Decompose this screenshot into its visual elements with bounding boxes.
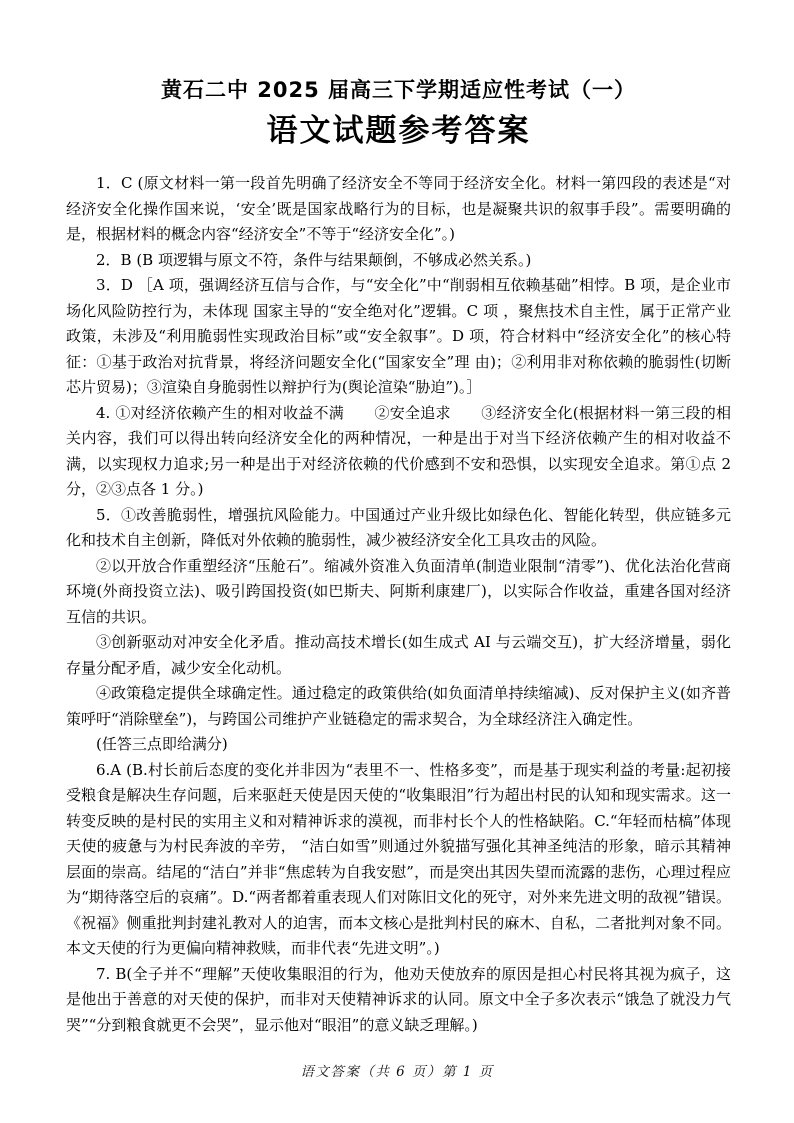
answer-paragraph-q5-point4: ④政策稳定提供全球确定性。通过稳定的政策供给(如负面清单持续缩减)、反对保护主义… <box>66 681 731 732</box>
answer-paragraph-q4: 4. ①对经济依赖产生的相对收益不满 ②安全追求 ③经济安全化(根据材料一第三段… <box>66 401 731 503</box>
answer-paragraph-q5-point3: ③创新驱动对冲安全化矛盾。推动高技术增长(如生成式 AI 与云端交互)，扩大经济… <box>66 630 731 681</box>
answer-sheet-title: 语文试题参考答案 <box>66 114 731 148</box>
answer-paragraph-q5-scoring-note: (任答三点即给满分) <box>66 732 731 758</box>
answer-paragraph-q6: 6.A (B.村长前后态度的变化并非因为“表里不一、性格多变”，而是基于现实利益… <box>66 758 731 962</box>
answer-paragraph-q5-point2: ②以开放合作重塑经济“压舱石”。缩减外资准入负面清单(制造业限制“清零”)、优化… <box>66 554 731 631</box>
answer-paragraph-q5-point1: 5．①改善脆弱性，增强抗风险能力。中国通过产业升级比如绿色化、智能化转型，供应链… <box>66 503 731 554</box>
exam-title: 黄石二中 2025 届高三下学期适应性考试（一） <box>66 80 731 101</box>
answer-paragraph-q1: 1．C (原文材料一第一段首先明确了经济安全不等同于经济安全化。材料一第四段的表… <box>66 171 731 248</box>
answer-paragraph-q3: 3．D ［A 项，强调经济互信与合作，与“安全化”中“削弱相互依赖基础”相悖。B… <box>66 273 731 401</box>
exam-answer-page: 黄石二中 2025 届高三下学期适应性考试（一） 语文试题参考答案 1．C (原… <box>0 0 794 1123</box>
page-header: 黄石二中 2025 届高三下学期适应性考试（一） 语文试题参考答案 <box>66 80 731 148</box>
page-footer: 语文答案（共 6 页）第 1 页 <box>0 1060 794 1080</box>
answers-body: 1．C (原文材料一第一段首先明确了经济安全不等同于经济安全化。材料一第四段的表… <box>66 171 731 1038</box>
answer-paragraph-q7: 7. B(全子并不“理解”天使收集眼泪的行为，他劝天使放弃的原因是担心村民将其视… <box>66 962 731 1039</box>
answer-paragraph-q2: 2．B (B 项逻辑与原文不符，条件与结果颠倒，不够成必然关系。) <box>66 248 731 274</box>
